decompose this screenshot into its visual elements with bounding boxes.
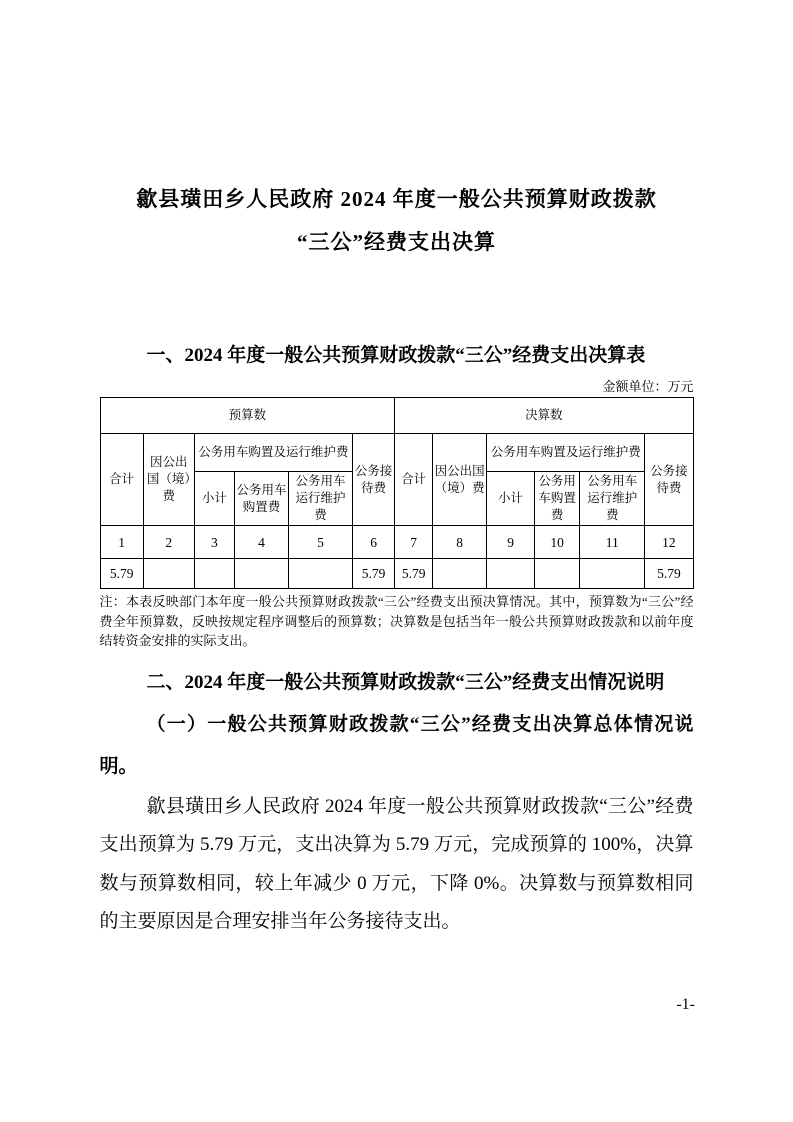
section-1-heading: 一、2024 年度一般公共预算财政拨款“三公”经费支出决算表 (100, 334, 694, 377)
title-line-2: “三公”经费支出决算 (100, 221, 694, 264)
table-footnote: 注：本表反映部门本年度一般公共预算财政拨款“三公”经费支出预决算情况。其中，预算… (100, 592, 694, 651)
value-cell (289, 559, 353, 589)
budget-abroad-header: 因公出国（境）费 (143, 434, 194, 526)
value-cell (535, 559, 580, 589)
col-number: 4 (235, 526, 289, 559)
final-vehicle-group-header: 公务用车购置及运行维护费 (487, 434, 645, 472)
page-number: -1- (676, 996, 695, 1014)
amount-unit-note: 金额单位：万元 (100, 378, 694, 395)
value-cell: 5.79 (395, 559, 433, 589)
budget-total-header: 合计 (100, 434, 143, 526)
value-cell: 5.79 (645, 559, 693, 589)
final-maintenance-header: 公务用车运行维护费 (580, 472, 645, 526)
col-number: 9 (487, 526, 535, 559)
col-number: 10 (535, 526, 580, 559)
col-number: 5 (289, 526, 353, 559)
value-cell: 5.79 (353, 559, 395, 589)
value-cell (235, 559, 289, 589)
col-number: 6 (353, 526, 395, 559)
document-content: 歙县璜田乡人民政府 2024 年度一般公共预算财政拨款 “三公”经费支出决算 一… (100, 0, 694, 942)
value-cell (580, 559, 645, 589)
section-2-sub1-heading: （一）一般公共预算财政拨款“三公”经费支出决算总体情况说明。 (100, 704, 694, 788)
col-number: 1 (100, 526, 143, 559)
section-2-heading: 二、2024 年度一般公共预算财政拨款“三公”经费支出情况说明 (100, 661, 694, 704)
budget-vehicle-group-header: 公务用车购置及运行维护费 (194, 434, 352, 472)
final-subtotal-header: 小计 (487, 472, 535, 526)
table-row-header-1: 合计 因公出国（境）费 公务用车购置及运行维护费 公务接待费 合计 因公出国（境… (100, 434, 693, 472)
final-abroad-header: 因公出国（境）费 (433, 434, 487, 526)
document-title: 歙县璜田乡人民政府 2024 年度一般公共预算财政拨款 “三公”经费支出决算 (100, 0, 694, 264)
budget-group-header: 预算数 (100, 398, 395, 434)
final-purchase-header: 公务用车购置费 (535, 472, 580, 526)
final-reception-header: 公务接待费 (645, 434, 693, 526)
budget-reception-header: 公务接待费 (353, 434, 395, 526)
sangong-expense-table: 预算数 决算数 合计 因公出国（境）费 公务用车购置及运行维护费 公务接待费 合… (100, 397, 694, 589)
budget-subtotal-header: 小计 (194, 472, 234, 526)
table-row-values: 5.79 5.79 5.79 5.79 (100, 559, 693, 589)
col-number: 11 (580, 526, 645, 559)
value-cell: 5.79 (100, 559, 143, 589)
section-2-paragraph: 歙县璜田乡人民政府 2024 年度一般公共预算财政拨款“三公”经费支出预算为 5… (100, 788, 694, 942)
col-number: 7 (395, 526, 433, 559)
value-cell (194, 559, 234, 589)
table-row-groups: 预算数 决算数 (100, 398, 693, 434)
title-line-1: 歙县璜田乡人民政府 2024 年度一般公共预算财政拨款 (100, 178, 694, 221)
value-cell (433, 559, 487, 589)
value-cell (143, 559, 194, 589)
budget-maintenance-header: 公务用车运行维护费 (289, 472, 353, 526)
col-number: 2 (143, 526, 194, 559)
value-cell (487, 559, 535, 589)
final-total-header: 合计 (395, 434, 433, 526)
final-group-header: 决算数 (395, 398, 693, 434)
col-number: 12 (645, 526, 693, 559)
table-row-column-numbers: 1 2 3 4 5 6 7 8 9 10 11 12 (100, 526, 693, 559)
document-page: 歙县璜田乡人民政府 2024 年度一般公共预算财政拨款 “三公”经费支出决算 一… (0, 0, 793, 1122)
col-number: 3 (194, 526, 234, 559)
col-number: 8 (433, 526, 487, 559)
budget-purchase-header: 公务用车购置费 (235, 472, 289, 526)
